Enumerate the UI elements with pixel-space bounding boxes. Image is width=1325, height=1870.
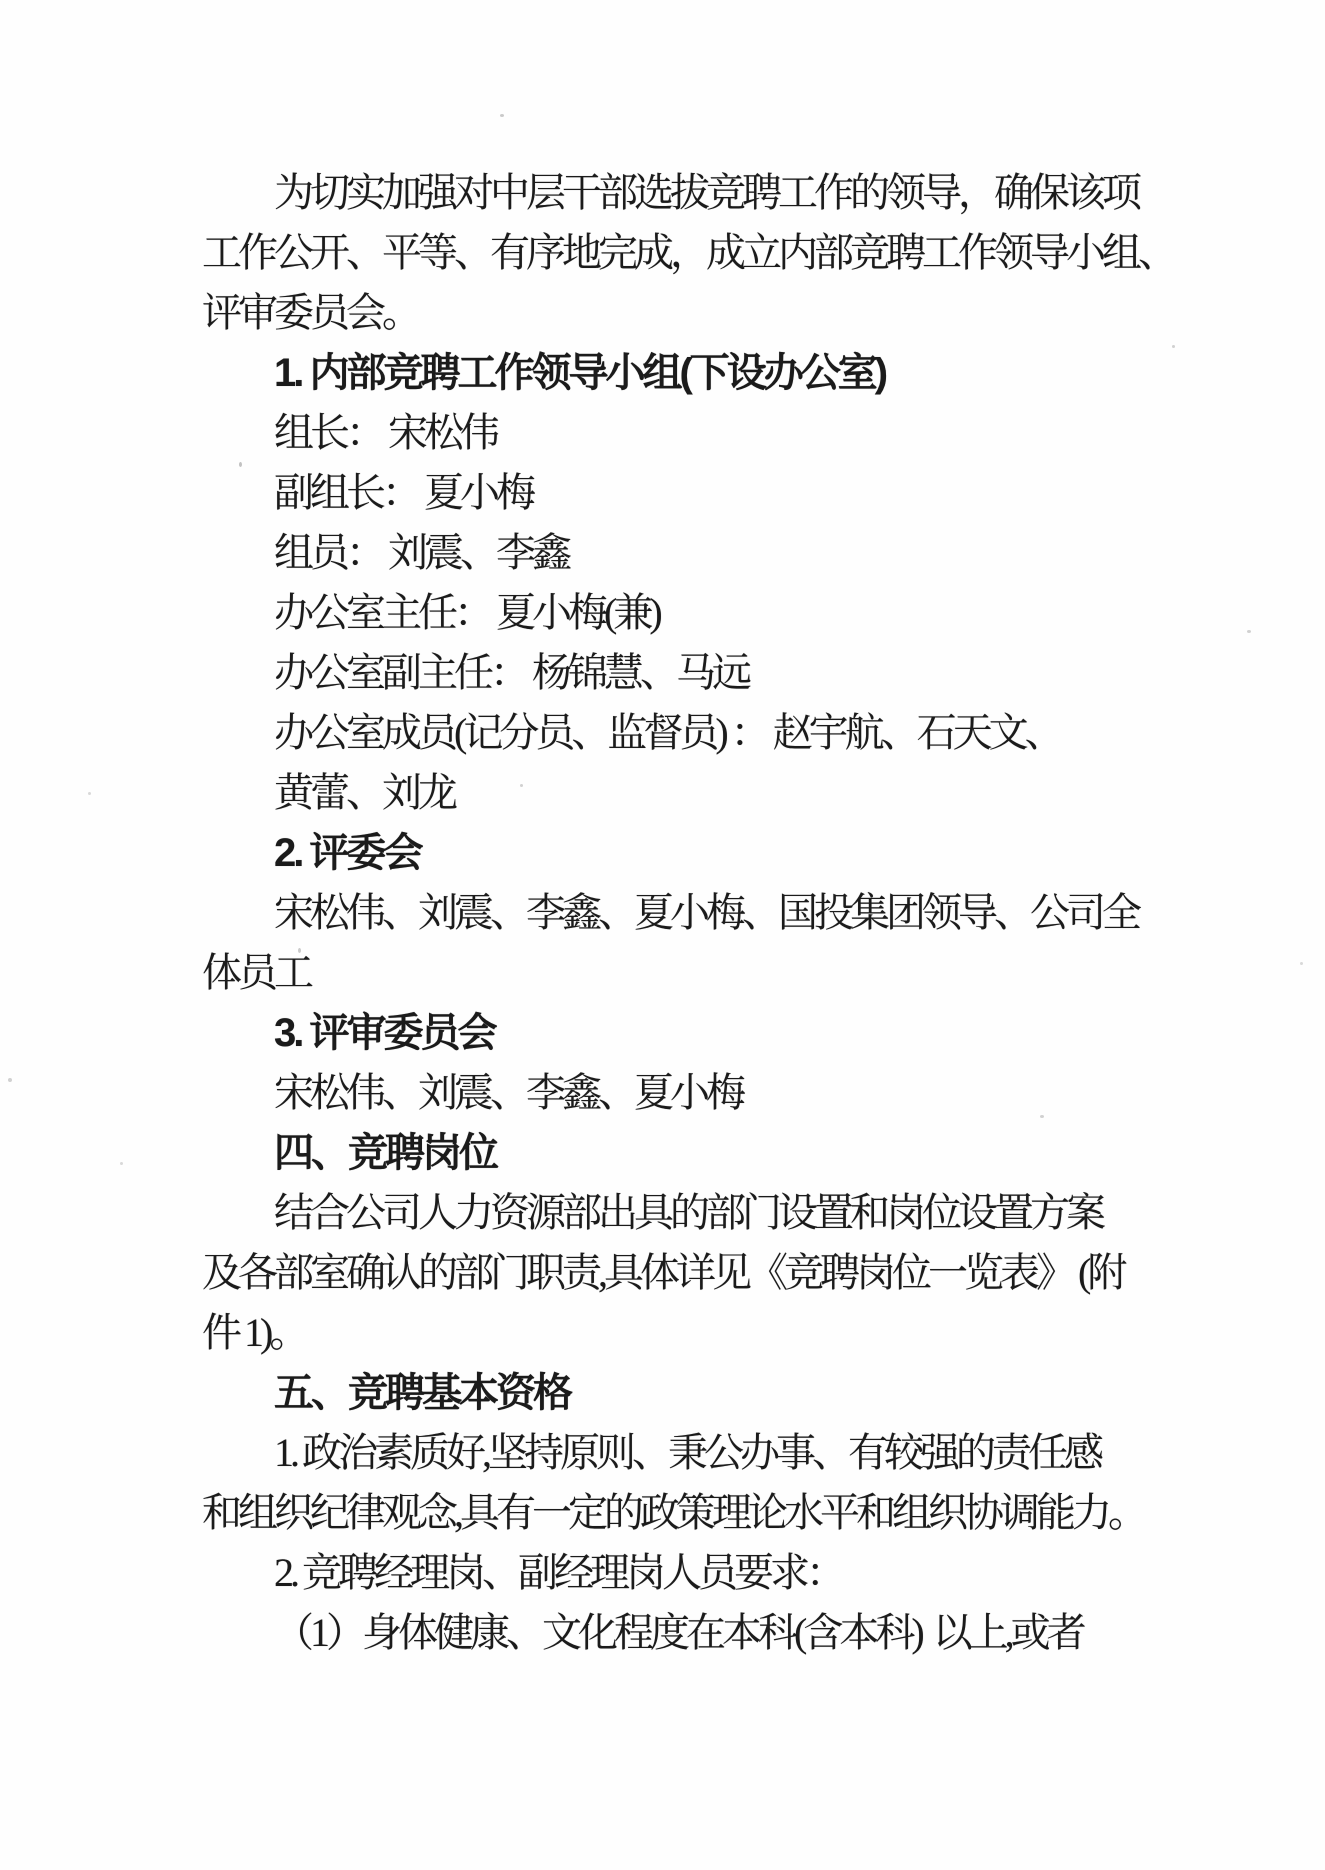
body-line: （1）身体健康、文化程度在本科(含本科) 以上,或者 [202, 1603, 1202, 1663]
scan-speck [1040, 1115, 1044, 1118]
body-line: 宋松伟、刘震、李鑫、夏小梅、国投集团领导、公司全 [202, 883, 1202, 943]
body-line: 黄蕾、刘龙 [202, 763, 1202, 823]
scan-speck [520, 784, 523, 787]
document-text-block: 为切实加强对中层干部选拔竞聘工作的领导，确保该项工作公开、平等、有序地完成，成立… [202, 163, 1202, 1663]
scan-speck [1300, 962, 1303, 965]
body-line: 评审委员会。 [202, 283, 1202, 343]
heading-line: 五、竞聘基本资格 [202, 1363, 1202, 1423]
scan-speck [1172, 345, 1175, 348]
scan-speck [120, 1162, 123, 1165]
body-line: 办公室主任： 夏小梅(兼) [202, 583, 1202, 643]
body-line: 2. 竞聘经理岗、副经理岗人员要求： [202, 1543, 1202, 1603]
body-line: 办公室成员(记分员、监督员) ： 赵宇航、石天文、 [202, 703, 1202, 763]
body-line: 组员： 刘震、李鑫 [202, 523, 1202, 583]
body-line: 宋松伟、刘震、李鑫、夏小梅 [202, 1063, 1202, 1123]
body-line: 体员工 [202, 943, 1202, 1003]
body-line: 办公室副主任： 杨锦慧、马远 [202, 643, 1202, 703]
heading-line: 1. 内部竞聘工作领导小组(下设办公室) [202, 343, 1202, 403]
body-line: 及各部室确认的部门职责,具体详见《竞聘岗位一览表》 (附 [202, 1243, 1202, 1303]
body-line: 为切实加强对中层干部选拔竞聘工作的领导，确保该项 [202, 163, 1202, 223]
body-line: 和组织纪律观念,具有一定的政策理论水平和组织协调能力。 [202, 1483, 1202, 1543]
heading-line: 3. 评审委员会 [202, 1003, 1202, 1063]
body-line: 组长： 宋松伟 [202, 403, 1202, 463]
scan-speck [298, 948, 301, 953]
body-line: 件 1)。 [202, 1303, 1202, 1363]
body-line: 副组长： 夏小梅 [202, 463, 1202, 523]
scan-speck [239, 462, 242, 467]
scan-speck [8, 1078, 12, 1082]
scan-speck [1247, 630, 1251, 633]
scan-speck [88, 792, 91, 795]
body-line: 工作公开、平等、有序地完成，成立内部竞聘工作领导小组、 [202, 223, 1202, 283]
heading-line: 2. 评委会 [202, 823, 1202, 883]
body-line: 结合公司人力资源部出具的部门设置和岗位设置方案 [202, 1183, 1202, 1243]
heading-line: 四、竞聘岗位 [202, 1123, 1202, 1183]
body-line: 1. 政治素质好,坚持原则、秉公办事、有较强的责任感 [202, 1423, 1202, 1483]
scanned-page: 为切实加强对中层干部选拔竞聘工作的领导，确保该项工作公开、平等、有序地完成，成立… [0, 0, 1325, 1870]
scan-speck [500, 114, 504, 117]
